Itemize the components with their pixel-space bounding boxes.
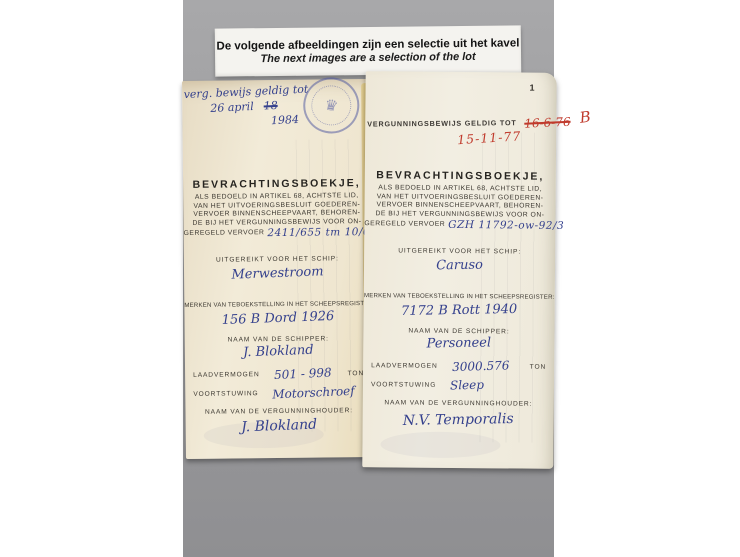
photograph-backdrop: De volgende afbeeldingen zijn een select… bbox=[183, 0, 554, 557]
capacity-handwritten: 3000.576 bbox=[451, 358, 509, 373]
red-check-mark: B bbox=[579, 108, 592, 127]
licensee-field-label: NAAM VAN DE VERGUNNINGHOUDER: bbox=[363, 399, 554, 408]
heading-line-last: GEREGELD VERVOERGZH 11792-ow-92/3 bbox=[364, 219, 555, 231]
propulsion-field-label: VOORTSTUWING bbox=[371, 381, 436, 389]
heading-line-last: GEREGELD VERVOER2411/655 tm 10/05 bbox=[184, 226, 371, 239]
capacity-row: LAADVERMOGEN 3000.576 TON bbox=[363, 358, 554, 374]
capacity-handwritten: 501 - 998 bbox=[273, 365, 331, 382]
validity-stamp-text: VERGUNNINGSBEWIJS GELDIG TOT bbox=[367, 118, 516, 128]
booklet-right: 1 VERGUNNINGSBEWIJS GELDIG TOT 16-6-76 B… bbox=[362, 71, 556, 469]
old-date-crossed-out: 16-6-76 bbox=[524, 115, 571, 131]
ton-unit-label: TON bbox=[348, 370, 365, 377]
registry-field-label: MERKEN VAN TEBOEKSTELLING IN HET SCHEEPS… bbox=[364, 292, 555, 301]
crossed-out-text: 18 bbox=[263, 99, 278, 113]
validity-stamp-row: VERGUNNINGSBEWIJS GELDIG TOT 16-6-76 B bbox=[365, 111, 556, 132]
booklet-title: BEVRACHTINGSBOEKJE, bbox=[183, 177, 370, 191]
permit-number-handwritten: 2411/655 tm 10/05 bbox=[267, 226, 377, 239]
booklet-title: BEVRACHTINGSBOEKJE, bbox=[365, 169, 556, 183]
booklet-left-heading: BEVRACHTINGSBOEKJE, ALS BEDOELD IN ARTIK… bbox=[183, 177, 371, 239]
propulsion-handwritten: Motorschroef bbox=[272, 384, 355, 402]
capacity-field-label: LAADVERMOGEN bbox=[193, 371, 260, 379]
ton-unit-label: TON bbox=[530, 363, 547, 370]
page-number: 1 bbox=[530, 83, 535, 93]
ship-field-label: UITGEREIKT VOOR HET SCHIP: bbox=[364, 247, 555, 256]
booklet-left: verg. bewijs geldig tot 26 april18 1984 … bbox=[182, 79, 373, 459]
lot-caption-english: The next images are a selection of the l… bbox=[260, 50, 475, 64]
photo-canvas: De volgende afbeeldingen zijn een select… bbox=[0, 0, 740, 557]
bleed-through-smudge bbox=[380, 431, 500, 458]
propulsion-field-label: VOORTSTUWING bbox=[193, 390, 258, 398]
propulsion-handwritten: Sleep bbox=[450, 378, 484, 393]
capacity-row: LAADVERMOGEN 501 - 998 TON bbox=[185, 366, 372, 382]
propulsion-row: VOORTSTUWING Motorschroef bbox=[185, 385, 372, 401]
lot-caption-label: De volgende afbeeldingen zijn een select… bbox=[215, 25, 521, 76]
capacity-field-label: LAADVERMOGEN bbox=[371, 362, 438, 370]
crown-crest-icon: ♛ bbox=[323, 95, 340, 115]
validity-note-handwritten: verg. bewijs geldig tot 26 april18 1984 bbox=[183, 82, 310, 133]
licensee-handwritten: J. Blokland bbox=[185, 415, 372, 438]
booklet-right-heading: BEVRACHTINGSBOEKJE, ALS BEDOELD IN ARTIK… bbox=[364, 169, 556, 231]
permit-number-handwritten: GZH 11792-ow-92/3 bbox=[448, 219, 564, 232]
licensee-handwritten: N.V. Temporalis bbox=[363, 410, 554, 429]
stamp-inner-ring: ♛ bbox=[308, 82, 355, 129]
propulsion-row: VOORTSTUWING Sleep bbox=[363, 377, 554, 393]
